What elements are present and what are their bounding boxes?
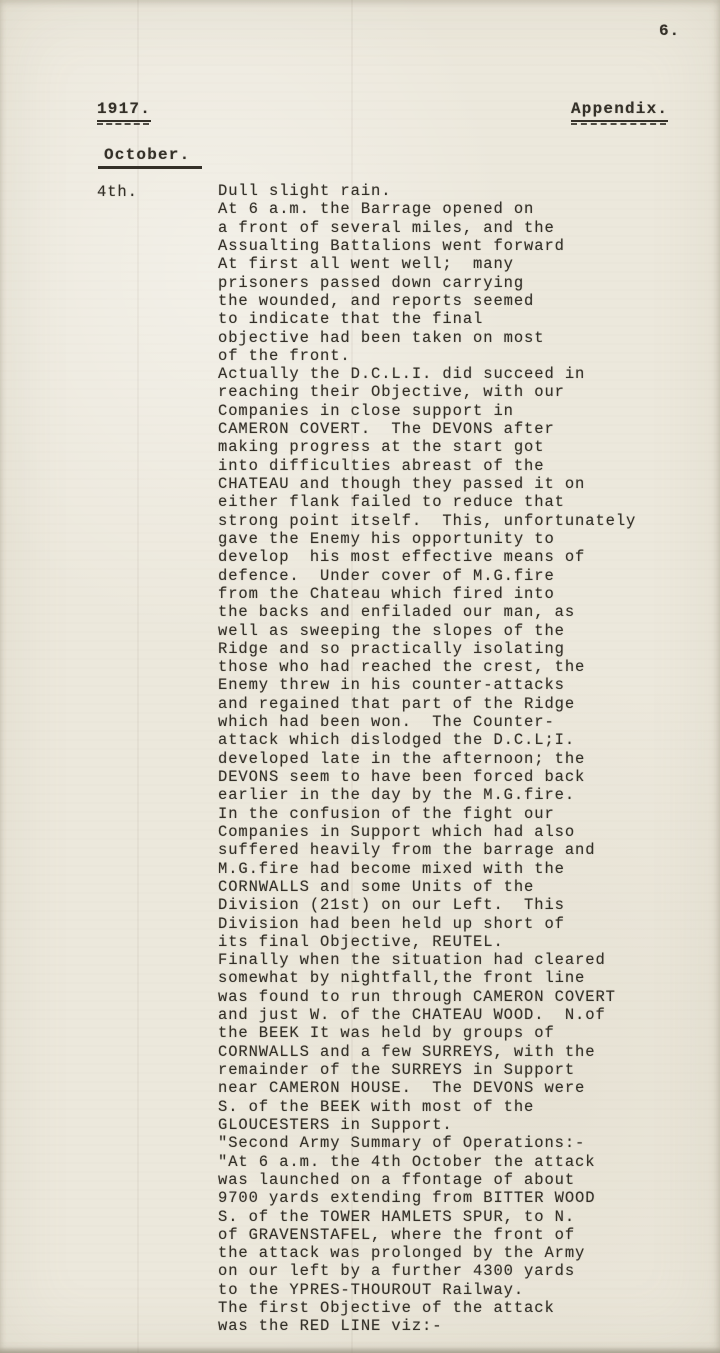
month-heading: October. <box>98 146 202 169</box>
year-heading: 1917. <box>97 100 151 122</box>
entry-body-text: Dull slight rain. At 6 a.m. the Barrage … <box>218 182 636 1336</box>
entry-date: 4th. <box>97 183 138 201</box>
page-bottom-edge <box>0 1347 720 1353</box>
appendix-heading: Appendix. <box>571 100 668 122</box>
page-number: 6. <box>659 22 680 40</box>
war-diary-page: 6. 1917. Appendix. October. 4th. Dull sl… <box>0 0 720 1353</box>
paper-crease-left <box>137 0 139 1353</box>
